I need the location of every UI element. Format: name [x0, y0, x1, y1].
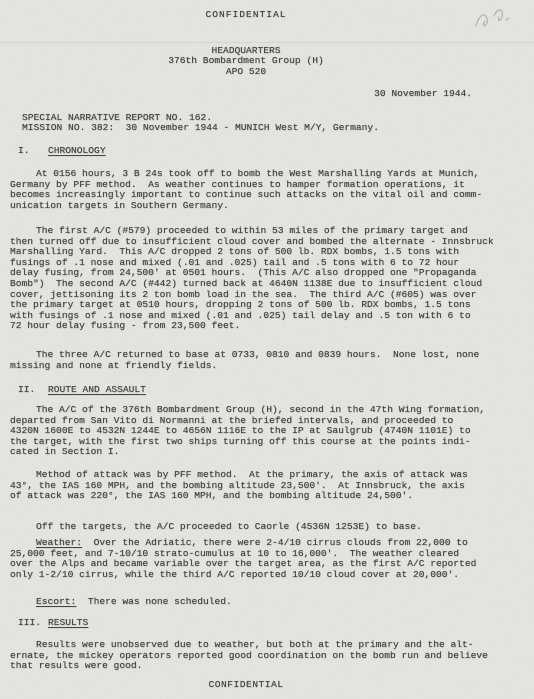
- paragraph-results: Results were unobserved due to weather, …: [10, 640, 518, 672]
- letterhead-apo: APO 520: [0, 67, 492, 77]
- letterhead: HEADQUARTERS 376th Bombardment Group (H)…: [0, 46, 492, 77]
- date-line: 30 November 1944.: [374, 89, 472, 100]
- classification-header: CONFIDENTIAL: [0, 10, 492, 21]
- paragraph-attack-method: Method of attack was by PFF method. At t…: [10, 470, 518, 502]
- paragraph-route: The A/C of the 376th Bombardment Group (…: [10, 405, 518, 458]
- paragraph-takeoff: At 0156 hours, 3 B 24s took off to bomb …: [10, 169, 518, 211]
- paragraph-aircraft-detail: The first A/C (#579) proceeded to within…: [10, 226, 518, 332]
- section-title: ROUTE AND ASSAULT: [48, 384, 146, 395]
- paragraph-escort: Escort: There was none scheduled.: [10, 597, 518, 608]
- scan-artifact-line: [0, 42, 534, 43]
- typewritten-content: CONFIDENTIAL HEADQUARTERS 376th Bombardm…: [0, 0, 534, 699]
- mission-line: MISSION NO. 382: 30 November 1944 - MUNI…: [22, 123, 379, 134]
- escort-label: Escort:: [36, 596, 76, 607]
- paragraph-return: The three A/C returned to base at 0733, …: [10, 350, 518, 371]
- section-heading-results: III.RESULTS: [18, 618, 88, 629]
- escort-text: There was none scheduled.: [76, 596, 231, 607]
- section-number: III.: [18, 618, 48, 629]
- paragraph-weather: Weather: Over the Adriatic, there were 2…: [10, 538, 518, 580]
- classification-footer: CONFIDENTIAL: [0, 680, 492, 691]
- scanned-document-page: CONFIDENTIAL HEADQUARTERS 376th Bombardm…: [0, 0, 534, 699]
- paragraph-return-route: Off the targets, the A/C proceeded to Ca…: [10, 522, 518, 533]
- section-title: CHRONOLOGY: [48, 145, 106, 156]
- section-number: I.: [18, 146, 48, 157]
- weather-label: Weather:: [36, 537, 82, 548]
- section-number: II.: [18, 385, 48, 396]
- pencil-mark-icon: [468, 2, 516, 36]
- section-title: RESULTS: [48, 617, 88, 628]
- section-heading-route: II.ROUTE AND ASSAULT: [18, 385, 146, 396]
- section-heading-chronology: I.CHRONOLOGY: [18, 146, 106, 157]
